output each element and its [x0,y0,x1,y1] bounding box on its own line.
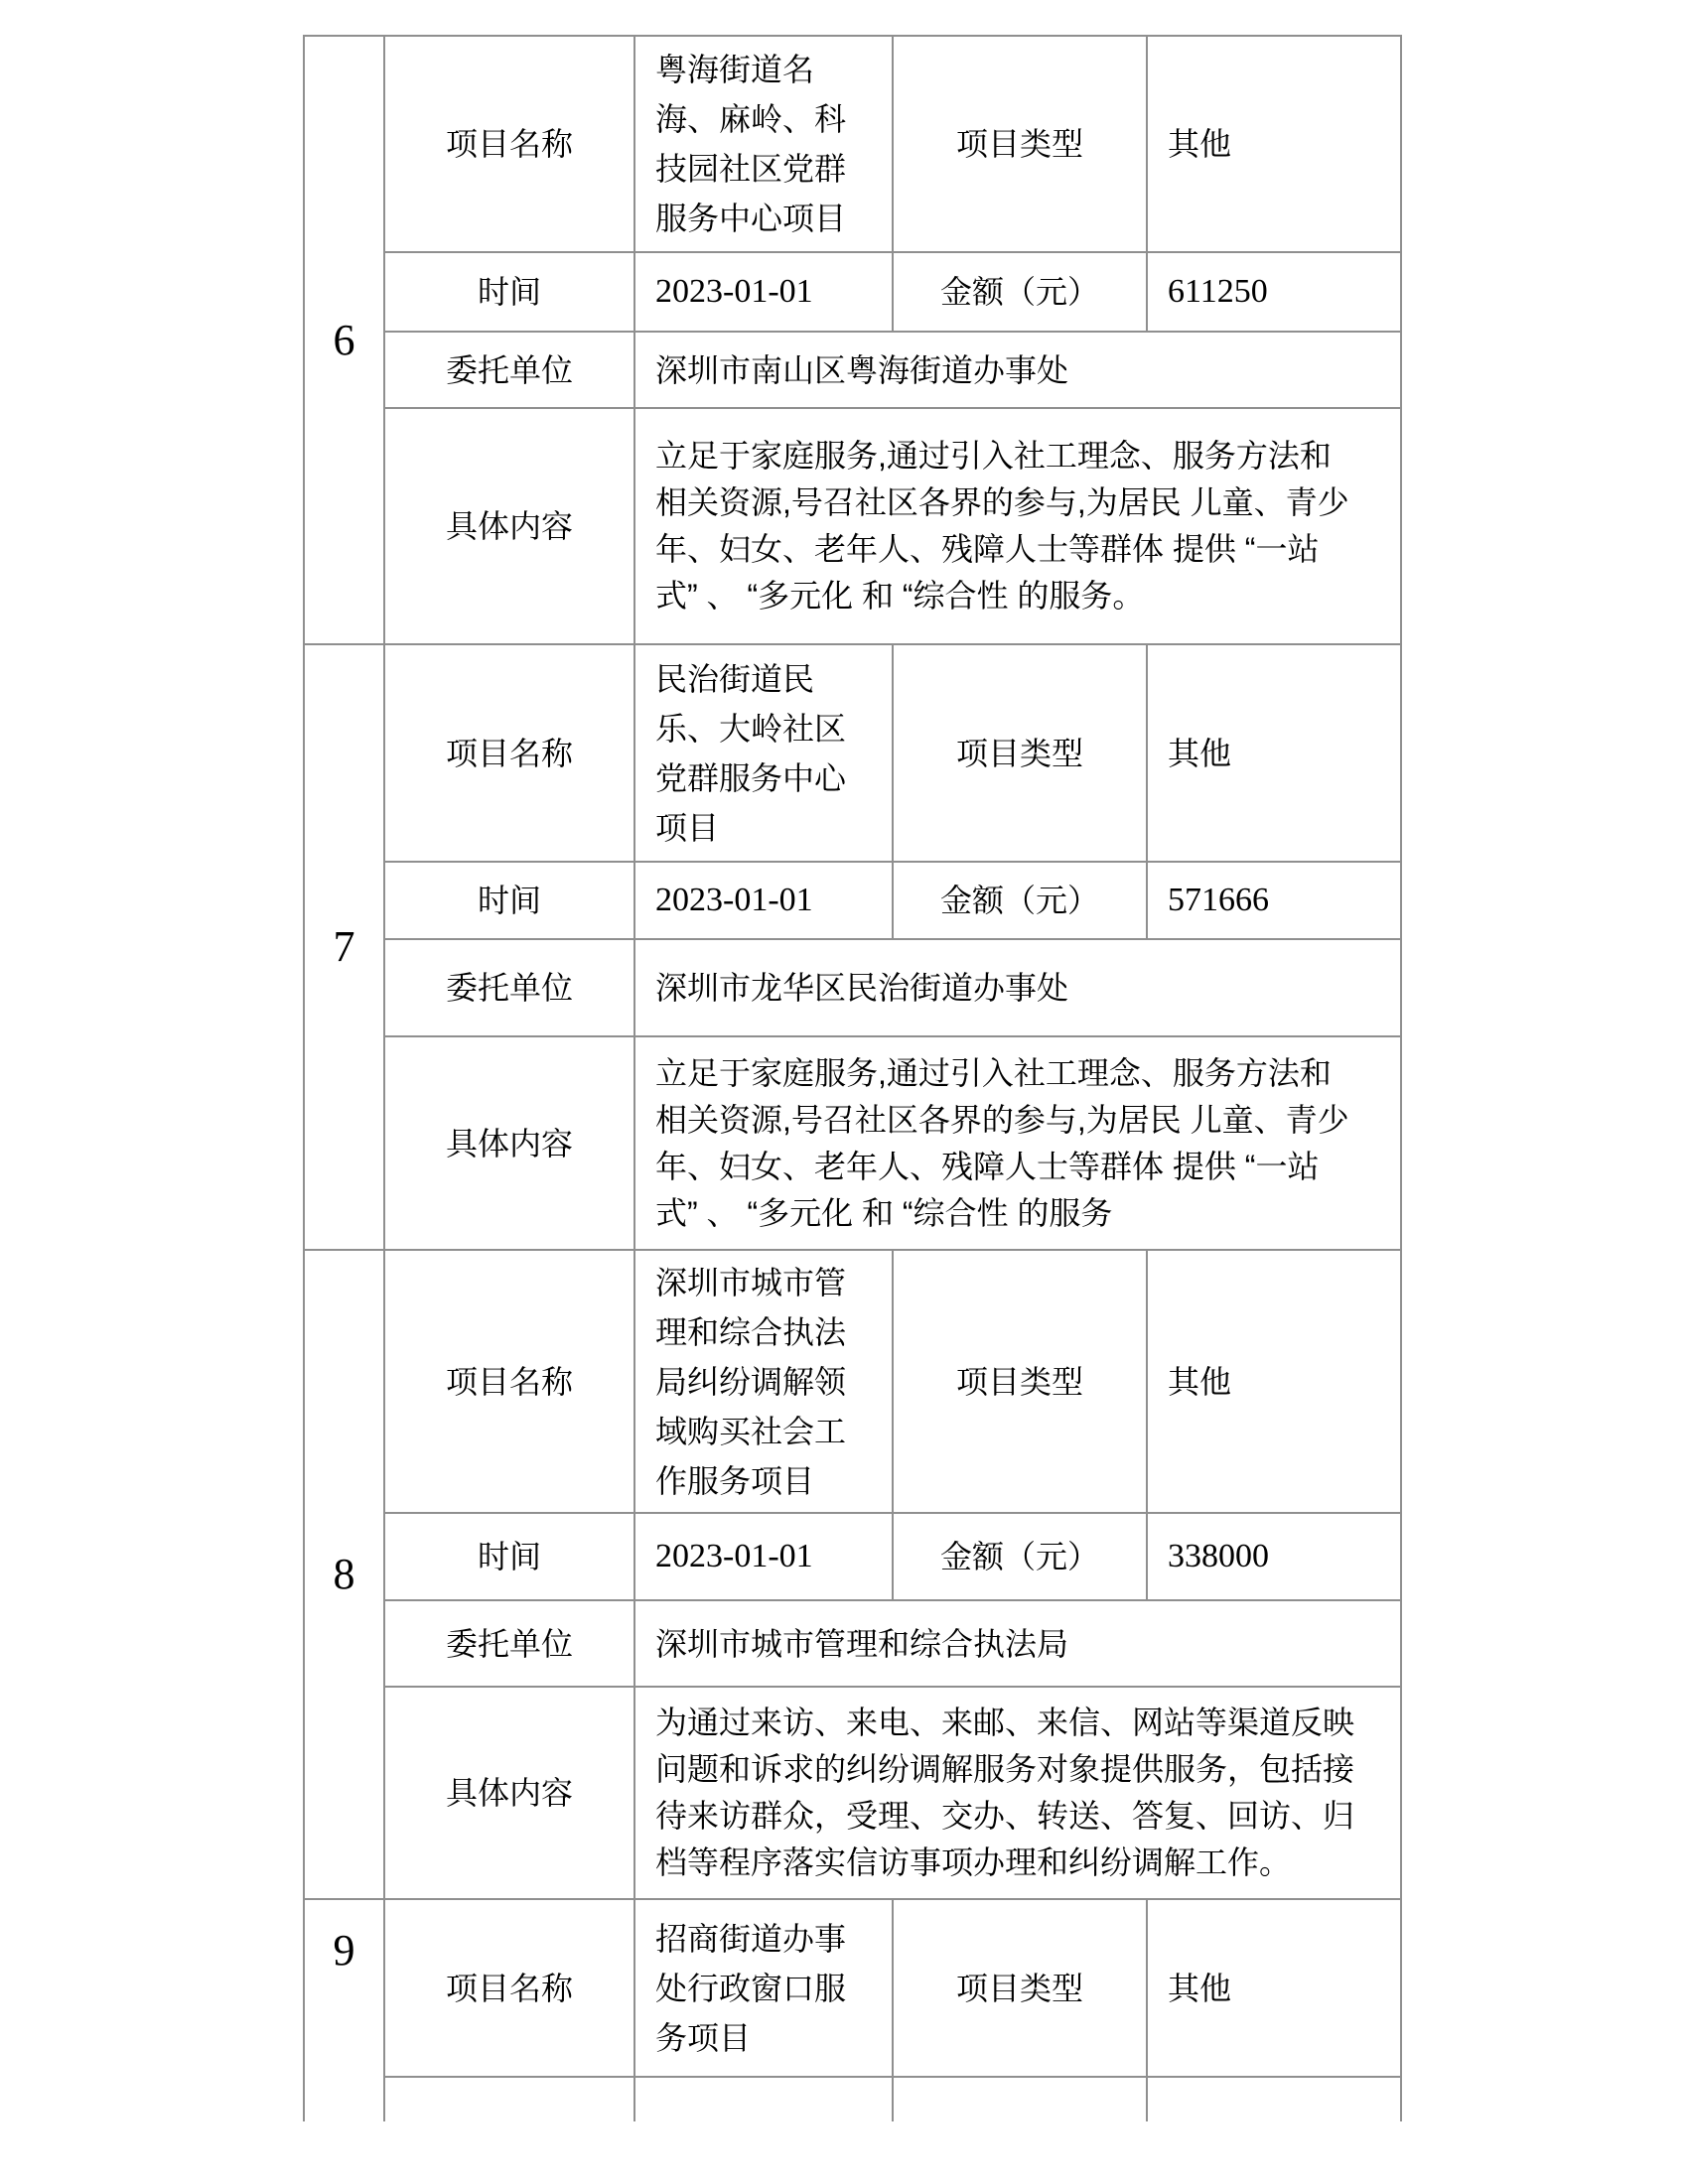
projects-table: 6 项目名称 粤海街道名海、麻岭、科技园社区党群服务中心项目 项目类型 其他 时… [303,35,1402,2121]
item-8-row-number: 8 [305,1251,383,1898]
item-7-type-label: 项目类型 [894,645,1146,861]
item-8-date-value: 2023-01-01 [635,1514,892,1599]
item-6-date-value: 2023-01-01 [635,253,892,331]
item-6-amount-label: 金额（元） [894,253,1146,331]
item-9-clipped-cell [635,2078,892,2121]
item-8-content-label: 具体内容 [385,1688,633,1898]
item-9-type-value: 其他 [1148,1900,1400,2076]
item-7-type-value: 其他 [1148,645,1400,861]
item-7-row-number: 7 [305,645,383,1249]
item-6-row-number: 6 [305,37,383,643]
item-6-content-label: 具体内容 [385,409,633,643]
item-9-row-number: 9 [305,1900,383,2121]
item-8-amount-value: 338000 [1148,1514,1400,1599]
item-8-type-label: 项目类型 [894,1251,1146,1512]
item-7-time-label: 时间 [385,863,633,938]
item-6-name-label: 项目名称 [385,37,633,251]
item-6-time-label: 时间 [385,253,633,331]
item-9-clipped-cell [894,2078,1146,2121]
item-6-name-value: 粤海街道名海、麻岭、科技园社区党群服务中心项目 [635,37,892,251]
item-6-amount-value: 611250 [1148,253,1400,331]
item-6-unit-value: 深圳市南山区粤海街道办事处 [635,333,1400,407]
item-9-clipped-cell [1148,2078,1400,2121]
item-7-date-value: 2023-01-01 [635,863,892,938]
item-6-type-label: 项目类型 [894,37,1146,251]
item-8-unit-label: 委托单位 [385,1601,633,1686]
item-7-amount-label: 金额（元） [894,863,1146,938]
item-8-amount-label: 金额（元） [894,1514,1146,1599]
item-8-unit-value: 深圳市城市管理和综合执法局 [635,1601,1400,1686]
item-7-unit-label: 委托单位 [385,940,633,1035]
item-7-name-value: 民治街道民乐、大岭社区党群服务中心项目 [635,645,892,861]
item-8-name-value: 深圳市城市管理和综合执法局纠纷调解领域购买社会工作服务项目 [635,1251,892,1512]
item-8-name-label: 项目名称 [385,1251,633,1512]
item-9-name-value: 招商街道办事处行政窗口服务项目 [635,1900,892,2076]
item-8-content-value: 为通过来访、来电、来邮、来信、网站等渠道反映问题和诉求的纠纷调解服务对象提供服务… [635,1688,1400,1898]
item-8-time-label: 时间 [385,1514,633,1599]
item-6-content-value: 立足于家庭服务,通过引入社工理念、服务方法和相关资源,号召社区各界的参与,为居民… [635,409,1400,643]
item-7-unit-value: 深圳市龙华区民治街道办事处 [635,940,1400,1035]
document-page: 6 项目名称 粤海街道名海、麻岭、科技园社区党群服务中心项目 项目类型 其他 时… [0,0,1688,2184]
item-6-type-value: 其他 [1148,37,1400,251]
item-8-type-value: 其他 [1148,1251,1400,1512]
item-7-name-label: 项目名称 [385,645,633,861]
item-7-content-value: 立足于家庭服务,通过引入社工理念、服务方法和相关资源,号召社区各界的参与,为居民… [635,1037,1400,1249]
item-9-type-label: 项目类型 [894,1900,1146,2076]
item-7-content-label: 具体内容 [385,1037,633,1249]
item-9-clipped-cell [385,2078,633,2121]
item-9-name-label: 项目名称 [385,1900,633,2076]
item-6-unit-label: 委托单位 [385,333,633,407]
item-7-amount-value: 571666 [1148,863,1400,938]
